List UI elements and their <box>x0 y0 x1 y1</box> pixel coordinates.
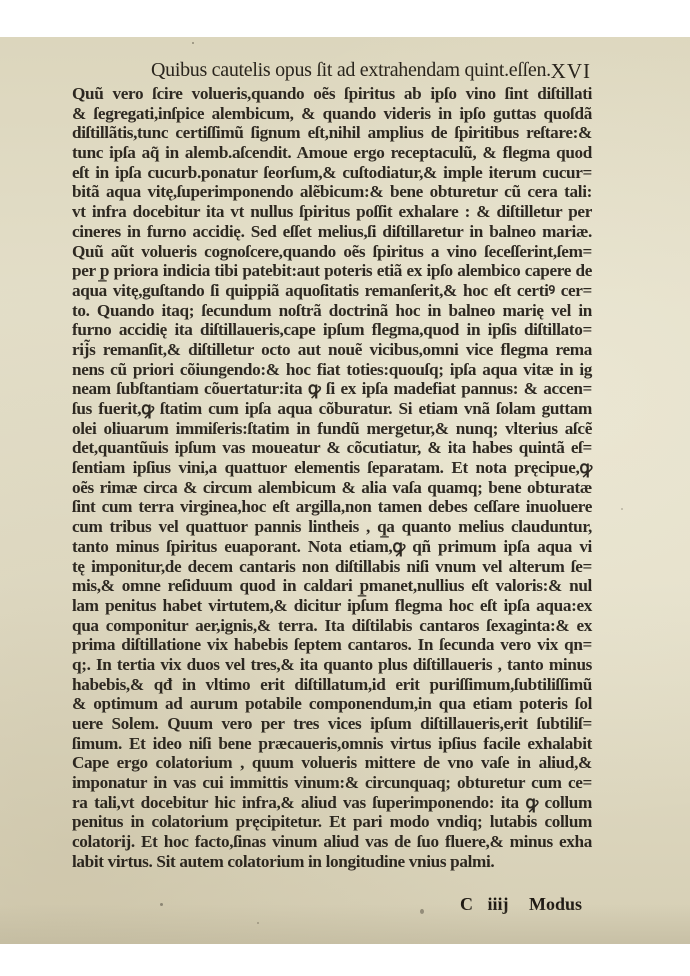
text-line: rij̃s remanſit,& diſtilletur octo aut no… <box>72 340 592 360</box>
text-line: bitã aqua vitę,ſuperimponendo alẽbicum:&… <box>72 182 592 202</box>
text-line: habebis,& qđ in vltimo erit diſtillatum,… <box>72 675 592 695</box>
text-line: tę imponitur,de decem cantaris non diſti… <box>72 557 592 577</box>
text-line: qua componitur aer,ignis,& terra. Ita di… <box>72 616 592 636</box>
text-line: labit virtus. Sit autem colatorium in lo… <box>72 852 592 872</box>
text-line: aqua vitę,guſtando ſi quippiã aquoſitati… <box>72 281 592 301</box>
running-head: Quibus cautelis opus ſit ad extrahendam … <box>151 59 591 83</box>
text-line: to. Quando itaq; ſecundum noſtrã doctrin… <box>72 301 592 321</box>
text-line: tunc ipſa aq̃ in alemb.aſcendit. Amoue e… <box>72 143 592 163</box>
text-line: ra tali,vt docebitur hic infra,& aliud v… <box>72 793 592 813</box>
catchword-line: C iiij Modus <box>460 894 582 915</box>
text-line: det,quantũuis ipſum vas moueatur & cõcut… <box>72 438 592 458</box>
ink-speck <box>257 922 259 924</box>
text-line: & ſegregati,inſpice alembicum, & quando … <box>72 104 592 124</box>
text-line: nens cũ priori cõiungendo:& hoc fiat tot… <box>72 360 592 380</box>
text-line: ſimum. Et ideo niſi bene præcaueris,omni… <box>72 734 592 754</box>
text-line: lam penitus habet virtutem,& dicitur ipſ… <box>72 596 592 616</box>
text-line: neam ſubſtantiam cõuertatur:ita ꝙ ſi ex … <box>72 379 592 399</box>
book-page: Quibus cautelis opus ſit ad extrahendam … <box>0 37 690 944</box>
text-line: olei oliuarum immiſeris:ſtatim in fundũ … <box>72 419 592 439</box>
text-line: cum tribus vel quattuor pannis lintheis … <box>72 517 592 537</box>
text-line: oẽs rimæ circa & circum alembicum & alia… <box>72 478 592 498</box>
text-line: q;. In tertia vix duos vel tres,& ita qu… <box>72 655 592 675</box>
text-line: vt infra docebitur ita vt nullus ſpiritu… <box>72 202 592 222</box>
text-line: ſentiam ipſius vini,a quattuor elementis… <box>72 458 592 478</box>
ink-speck <box>420 909 424 914</box>
folio-number: XVI <box>551 59 591 84</box>
ink-speck <box>621 508 623 510</box>
text-line: colatorij. Et hoc facto,ſinas vinum aliu… <box>72 832 592 852</box>
text-line: penitus in colatorium pręcipitetur. Et p… <box>72 812 592 832</box>
body-text: Quũ vero ſcire volueris,quando oẽs ſpiri… <box>72 84 592 872</box>
signature-mark: C iiij <box>460 894 509 914</box>
text-line: diſtillãtis,tunc certiſſimũ ſignum eſt,n… <box>72 123 592 143</box>
running-head-title: Quibus cautelis opus ſit ad extrahendam … <box>151 59 551 82</box>
ink-speck <box>160 903 163 906</box>
text-line: per p̲ priora indicia tibi patebit:aut p… <box>72 261 592 281</box>
catchword: Modus <box>529 894 582 914</box>
text-line: furno accidię ita diſtillaueris,cape ipſ… <box>72 320 592 340</box>
text-line: ſus fuerit,ꝙ ſtatim cum ipſa aqua cõbura… <box>72 399 592 419</box>
text-line: tanto minus ſpiritus euaporant. Nota eti… <box>72 537 592 557</box>
text-line: Quũ aũt volueris cognoſcere,quando oẽs ſ… <box>72 242 592 262</box>
text-line: eſt in ipſa cucurb.ponatur ſeorſum,& cuſ… <box>72 163 592 183</box>
text-line: Cape ergo colatorium , quum volueris mit… <box>72 753 592 773</box>
text-line: uere Solem. Quum vero per tres vices ipſ… <box>72 714 592 734</box>
text-line: mis,& omne reſiduum quod in caldari p̲ma… <box>72 576 592 596</box>
ink-speck <box>192 42 194 44</box>
text-line: imponatur in vas cui immittis vinum:& ci… <box>72 773 592 793</box>
text-line: cineres in furno accidię. Sed eſſet meli… <box>72 222 592 242</box>
text-line: ſint cum terra virginea,hoc eſt argilla,… <box>72 497 592 517</box>
text-line: & optimum ad aurum potabile componendum,… <box>72 694 592 714</box>
text-line: prima diſtillatione vix habebis ſeptem c… <box>72 635 592 655</box>
text-line: Quũ vero ſcire volueris,quando oẽs ſpiri… <box>72 84 592 104</box>
